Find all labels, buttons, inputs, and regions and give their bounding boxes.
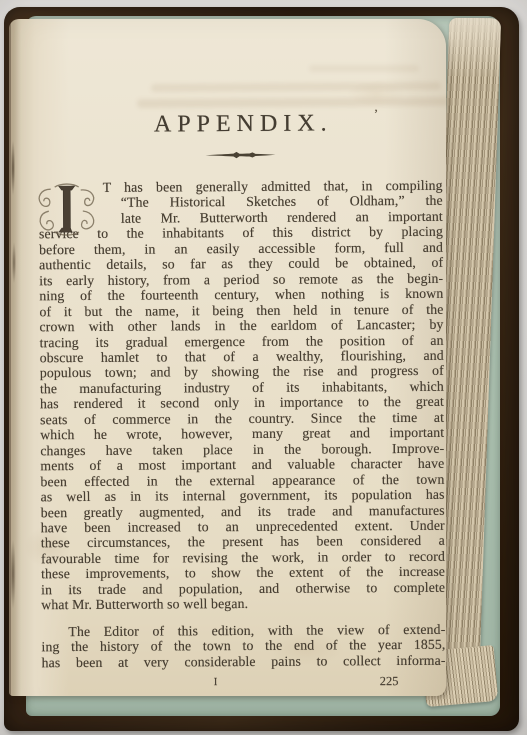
show-through-text (151, 82, 441, 92)
text-line: has been at very considerable pains to c… (42, 652, 446, 670)
ornamental-drop-cap (35, 181, 99, 237)
paragraph-1: T has been generally admitted that, in c… (39, 178, 446, 613)
text-line: in its trade and population, and otherwi… (41, 580, 445, 598)
gutter-shadow (9, 19, 25, 696)
signature-mark: I (214, 676, 219, 688)
page-number: 225 (380, 674, 399, 689)
text-line: crown with other lands in the earldom of… (39, 317, 443, 335)
paragraph-2: The Editor of this edition, with the vie… (41, 621, 445, 670)
swelled-rule (38, 146, 442, 158)
show-through-text (309, 65, 419, 72)
book-page: APPENDIX.’ (9, 19, 446, 696)
ink-stray-mark: ’ (374, 106, 378, 122)
page-footer: I 225 (42, 675, 446, 695)
show-through-text (137, 97, 449, 108)
text-line: what Mr. Butterworth so well began. (41, 595, 445, 613)
text-block: APPENDIX.’ (38, 110, 446, 696)
page-title: APPENDIX.’ (38, 110, 442, 139)
text-line: as well as in its internal government, i… (41, 487, 445, 505)
book-photo: APPENDIX.’ (0, 0, 527, 735)
